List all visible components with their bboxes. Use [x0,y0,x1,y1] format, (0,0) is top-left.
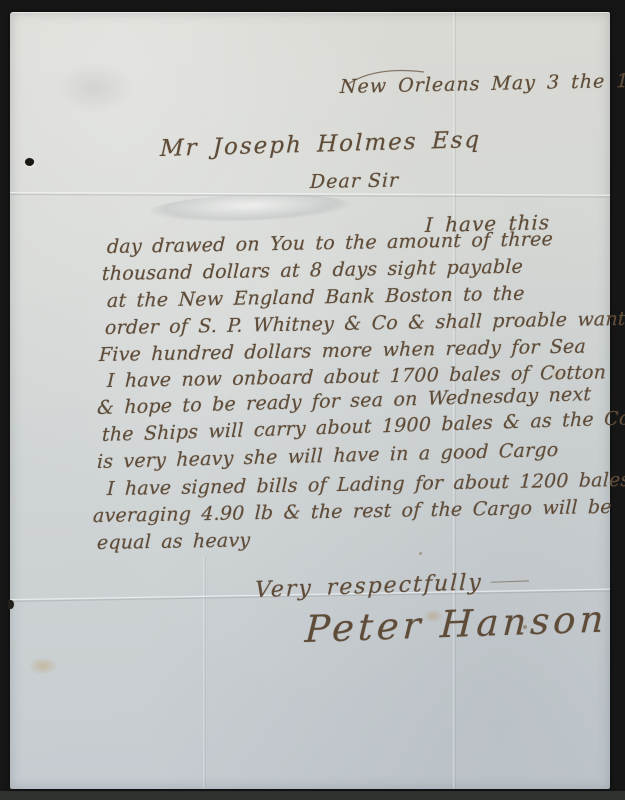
paper-hole [24,157,35,168]
letter-recipient: Mr Joseph Holmes Esq [160,127,482,162]
paper-smudge [55,62,135,114]
scanned-letter-frame: New Orleans May 3 the 1851 Mr Joseph Hol… [0,0,625,800]
paper-edge-notch [8,600,14,609]
letter-paper: New Orleans May 3 the 1851 Mr Joseph Hol… [10,12,610,789]
foxing-stain [28,657,58,675]
letter-salutation: Dear Sir [310,169,400,193]
letter-closing: Very respectfully [255,568,529,603]
scanner-frame-bottom-edge [0,791,625,800]
letter-signature: Peter Hanson [304,597,609,651]
fold-crease-vertical-left [203,557,206,789]
paper-wrinkle [150,192,351,225]
letter-body: day drawed on You to the amount of three… [95,234,610,557]
